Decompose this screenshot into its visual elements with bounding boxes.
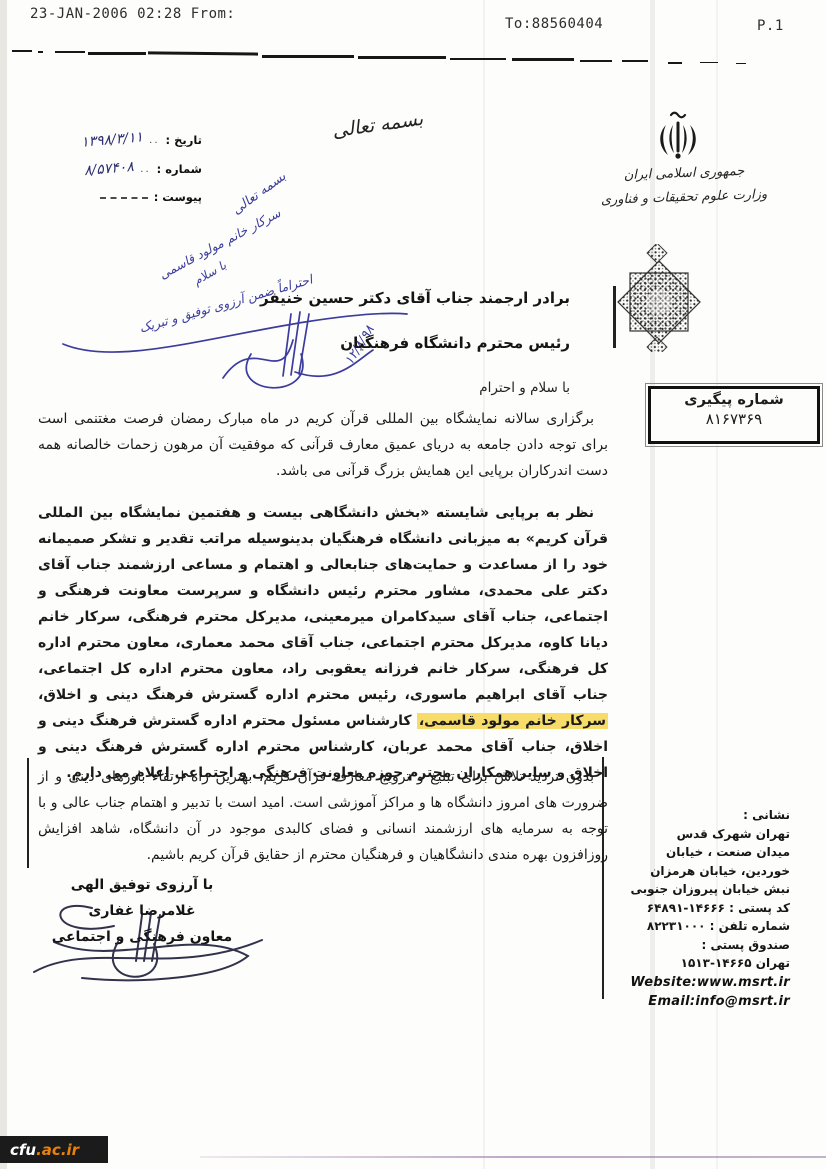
tracking-number: ۸۱۶۷۳۶۹ [651,410,817,428]
fold-line [613,286,616,348]
body-paragraph-3: بدون تردید تلاش برای تبلیغ و ترویج معارف… [38,764,608,868]
bismillah-calligraphy: بسمه تعالی [331,108,425,142]
attachment-label: پیوست : [154,190,202,204]
scan-edge-shadow [0,0,7,1169]
highlighted-name: سرکار خانم مولود قاسمی، [417,713,608,729]
ornament-star [608,244,710,356]
paragraph2-pre: نظر به برپایی شایسته «بخش دانشگاهی بیست … [38,505,608,703]
number-dots: .. [140,164,150,175]
letterhead-country: جمهوری اسلامی ایران [598,163,770,184]
iran-emblem-icon [655,110,701,170]
letterhead-ministry: وزارت علوم تحقیقات و فناوری [588,187,780,209]
address-label: نشانی : [590,806,790,825]
salutation: با سلام و احترام [260,366,570,411]
address-pobox-label: صندوق پستی : [590,936,790,955]
fax-recipient-number: To:88560404 [505,16,603,32]
fax-timestamp: 23-JAN-2006 02:28 From: [30,6,235,22]
watermark-suffix: .ac.ir [36,1141,79,1159]
date-dots: .. [149,135,159,146]
address-line: نبش خیابان پیروزان جنوبی [590,880,790,899]
handwritten-bismillah: بسمه تعالی [230,169,289,218]
number-value: ۸/۵۷۴۰۸ [84,159,135,179]
date-value: ۱۳۹۸/۳/۱۱ [81,129,144,150]
address-line: میدان صنعت ، خیابان [590,843,790,862]
date-label: تاریخ : [166,133,202,147]
scanned-letter-page: 23-JAN-2006 02:28 From: To:88560404 P.1 … [0,0,826,1169]
address-pobox: تهران ۱۴۶۶۵-۱۵۱۳ [590,954,790,973]
letter-meta-fields: تاریخ : .. ۱۳۹۸/۳/۱۱ شماره : .. ۸/۵۷۴۰۸ … [34,132,202,217]
address-block: نشانی : تهران شهرک قدس میدان صنعت ، خیاب… [590,806,790,1011]
recipient-block: برادر ارجمند جناب آقای دکتر حسین خنیفر ر… [260,276,570,411]
fax-page-number: P.1 [757,18,784,34]
scan-bottom-line [200,1156,826,1158]
address-phone: شماره تلفن : ۸۲۲۳۱۰۰۰ [590,917,790,936]
watermark-badge: cfu.ac.ir [0,1136,108,1163]
website-text: Website:www.msrt.ir [590,973,790,992]
fold-line [27,758,29,868]
watermark-prefix: cfu [10,1141,36,1159]
tracking-number-box: شماره پیگیری ۸۱۶۷۳۶۹ [648,386,820,444]
address-postal-code: کد پستی : ۱۴۶۶۶-۶۴۸۹۱ [590,899,790,918]
address-line: خوردین، خیابان هرمزان [590,862,790,881]
tracking-label: شماره پیگیری [651,392,817,408]
attachment-dashes [100,196,148,199]
number-label: شماره : [157,162,202,176]
recipient-title: رئیس محترم دانشگاه فرهنگیان [260,321,570,366]
recipient-name: برادر ارجمند جناب آقای دکتر حسین خنیفر [260,276,570,321]
ink-signature [22,882,274,990]
address-line: تهران شهرک قدس [590,825,790,844]
body-paragraph-2: نظر به برپایی شایسته «بخش دانشگاهی بیست … [38,500,608,786]
body-paragraph-1: برگزاری سالانه نمایشگاه بین المللی قرآن … [38,406,608,484]
email-text: Email:info@msrt.ir [590,992,790,1011]
